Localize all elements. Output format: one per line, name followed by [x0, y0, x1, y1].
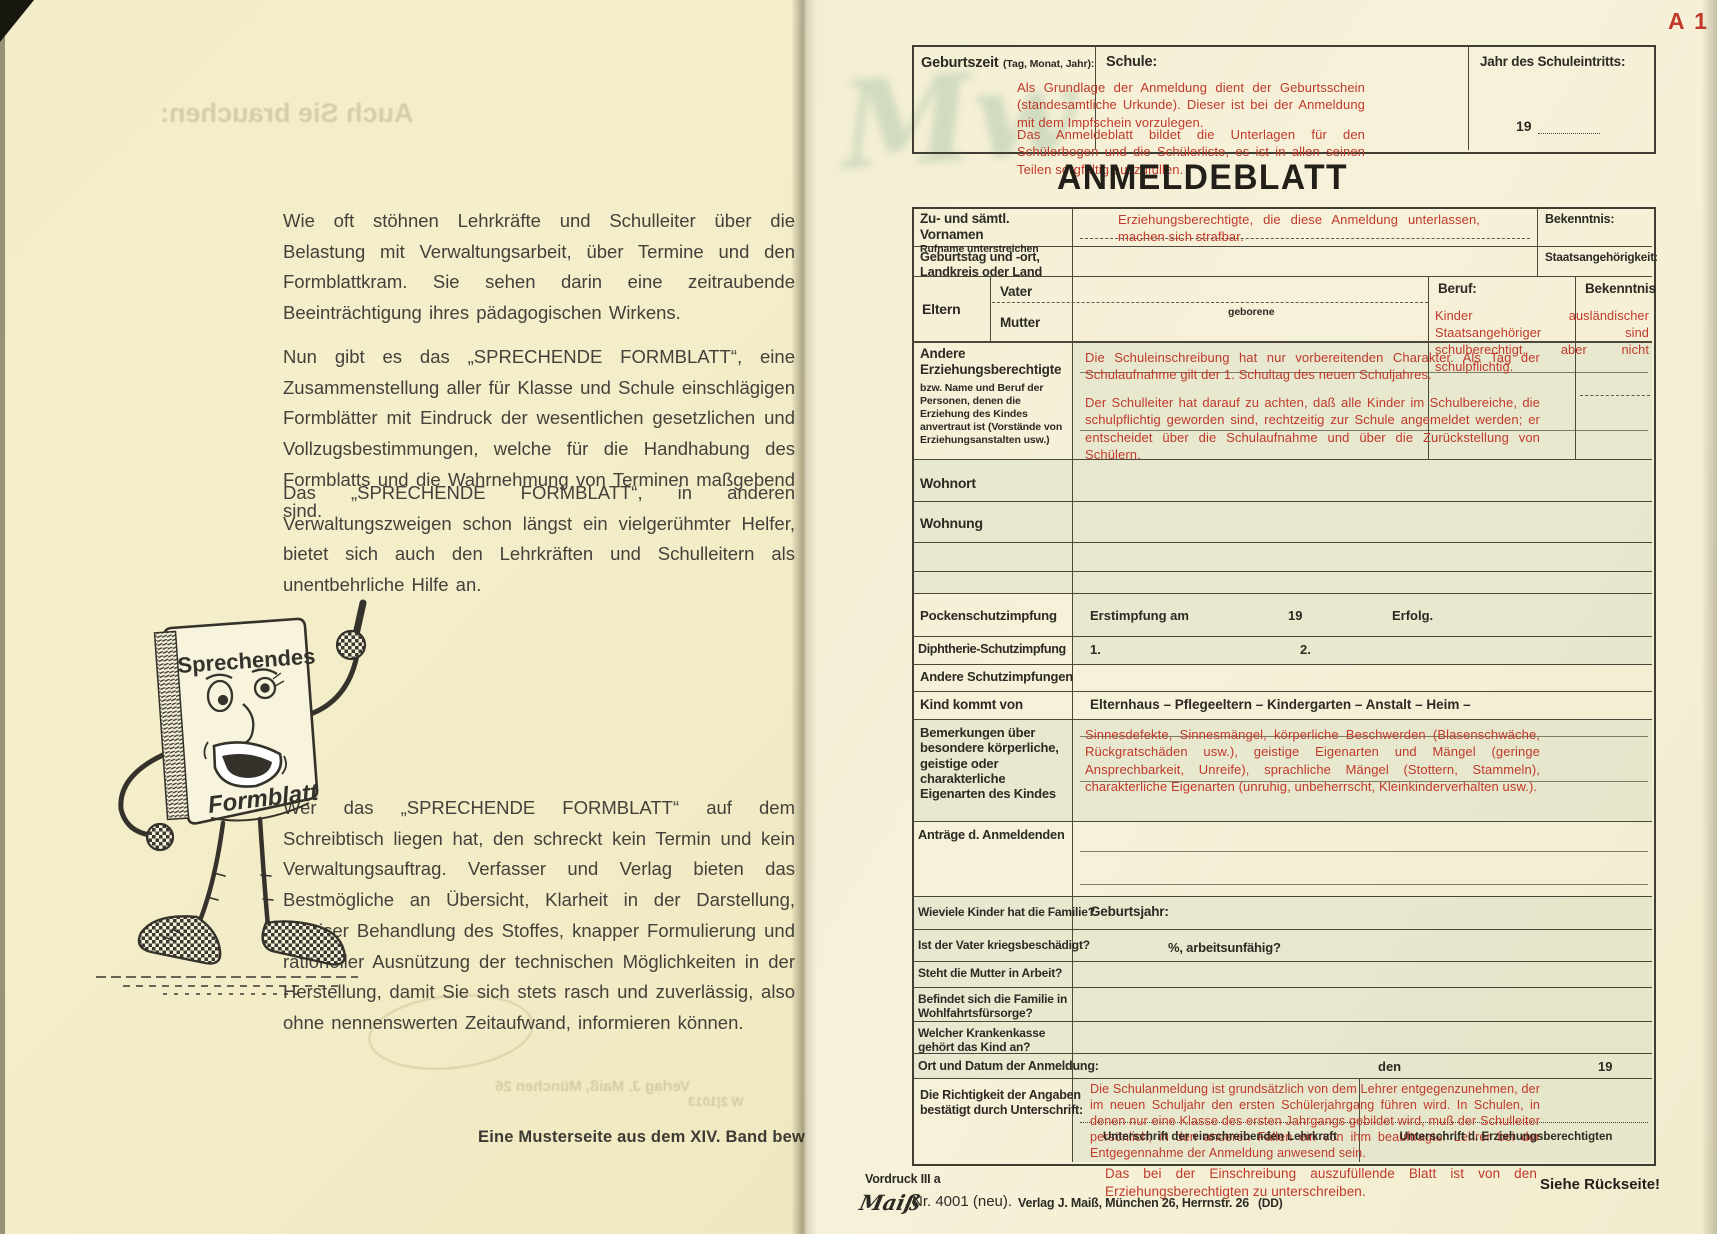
ort-datum-jahr: 19	[1598, 1059, 1612, 1074]
grid-line	[912, 636, 1652, 637]
red-note-schulanmeldung: Die Schulanmeldung ist grundsätzlich von…	[1090, 1081, 1540, 1162]
grid-line	[990, 276, 991, 341]
grid-line	[912, 501, 1652, 502]
diphtherie-text-2: 2.	[1300, 642, 1311, 657]
scan-corner-artifact	[0, 0, 34, 42]
writing-line	[1580, 395, 1650, 396]
see-back-note: Siehe Rückseite!	[1540, 1176, 1660, 1193]
geburtszeit-label-main: Geburtszeit	[921, 55, 999, 71]
staatsangehoerigkeit-label: Staatsangehörigkeit:	[1545, 251, 1658, 265]
geburtsjahr-label: Geburtsjahr:	[1090, 904, 1169, 920]
geburtszeit-label: Geburtszeit (Tag, Monat, Jahr):	[921, 54, 1094, 72]
writing-line	[1080, 851, 1648, 852]
field-andere-erziehungsberechtigte: Andere Erziehungsberechtigte bzw. Name u…	[920, 346, 1070, 447]
footer-red-note: Das bei der Einschreibung auszufüllende …	[1105, 1165, 1537, 1201]
grid-line	[912, 1078, 1652, 1079]
red-note-schuleinschreibung: Die Schuleinschreibung hat nur vorbereit…	[1085, 349, 1540, 384]
field-geburtstag: Geburtstag und -ort, Landkreis oder Land	[920, 249, 1070, 279]
mascot-shoes	[139, 916, 345, 964]
pocken-text-3: Erfolg.	[1392, 608, 1433, 623]
field-wohlfahrt: Befindet sich die Familie in Wohlfahrtsf…	[918, 992, 1073, 1020]
grid-line	[912, 896, 1652, 897]
schule-label: Schule:	[1106, 54, 1157, 71]
grid-line	[912, 929, 1652, 930]
dotted-fill-line	[1538, 133, 1600, 134]
schuleintritt-label: Jahr des Schuleintritts:	[1480, 54, 1640, 70]
vordruck-label: Vordruck III a	[865, 1172, 940, 1187]
field-krankenkasse: Welcher Krankenkasse gehört das Kind an?	[918, 1026, 1083, 1054]
grid-line	[912, 691, 1652, 692]
grid-line	[912, 542, 1652, 543]
bekenntnis-col-label: Bekenntnis	[1585, 281, 1656, 297]
field-kriegsbeschaedigt: Ist der Vater kriegsbeschädigt?	[918, 938, 1090, 952]
schuleintritt-year: 19	[1516, 118, 1532, 134]
grid-line	[1537, 207, 1538, 276]
grid-line	[912, 1021, 1652, 1022]
page-edge-shadow	[0, 0, 5, 1234]
grid-line	[912, 719, 1652, 720]
field-sublabel: bzw. Name und Beruf der Personen, denen …	[920, 382, 1070, 448]
field-wohnung: Wohnung	[920, 515, 983, 532]
field-mutter-arbeit: Steht die Mutter in Arbeit?	[918, 966, 1062, 980]
signature-label-guardian: Unterschrift d. Erziehungsberechtigten	[1370, 1131, 1642, 1143]
field-vater: Vater	[1000, 284, 1032, 300]
writing-line	[1080, 884, 1648, 885]
field-kind-kommt-von: Kind kommt von	[920, 697, 1023, 713]
field-mutter: Mutter	[1000, 315, 1040, 331]
mascot-form-character: Sprechendes Formblatt	[68, 583, 400, 1015]
beruf-label: Beruf:	[1438, 281, 1477, 297]
field-label: Andere Erziehungsberechtigte	[920, 346, 1070, 378]
field-diphtherie: Diphtherie-Schutzimpfung	[918, 642, 1066, 657]
kind-kommt-von-value: Elternhaus – Pflegeeltern – Kindergarten…	[1090, 697, 1471, 712]
grid-line	[1468, 45, 1469, 150]
grid-line	[912, 593, 1652, 594]
field-wohnort: Wohnort	[920, 475, 976, 492]
ort-datum-den: den	[1378, 1059, 1401, 1074]
field-eltern: Eltern	[922, 301, 960, 318]
mascot-legs	[199, 819, 273, 927]
grid-line	[912, 664, 1652, 665]
field-pockenschutzimpfung: Pockenschutzimpfung	[920, 608, 1057, 624]
grid-line	[912, 821, 1652, 822]
field-antraege: Anträge d. Anmeldenden	[918, 827, 1065, 842]
bekenntnis-label: Bekenntnis:	[1545, 212, 1614, 227]
writing-line	[992, 302, 1428, 303]
form-title: ANMELDEBLATT	[1057, 158, 1348, 198]
pocken-text-1: Erstimpfung am	[1090, 608, 1189, 623]
field-richtigkeit: Die Richtigkeit der Angaben bestätigt du…	[920, 1088, 1085, 1118]
kriegsbeschaedigt-value: %, arbeitsunfähig?	[1168, 940, 1281, 955]
header-red-note-1: Als Grundlage der Anmeldung dient der Ge…	[1017, 79, 1365, 131]
red-note-sinnesdefekte: Sinnesdefekte, Sinnesmängel, körperliche…	[1085, 726, 1540, 795]
pocken-text-2: 19	[1288, 608, 1302, 623]
red-note-strafbar: Erziehungsberechtigte, die diese Anmeldu…	[1118, 211, 1480, 246]
ghost-bleedthrough-code: W 2|1013	[688, 1094, 744, 1109]
page-gutter	[791, 0, 817, 1234]
paragraph-1: Wie oft stöhnen Lehrkräfte und Schulleit…	[283, 206, 795, 329]
form-number: Nr. 4001 (neu).	[912, 1193, 1012, 1210]
geburtszeit-label-sub: (Tag, Monat, Jahr):	[1003, 58, 1094, 70]
field-andere-schutzimpfungen: Andere Schutzimpfungen	[920, 669, 1073, 684]
ghost-bleedthrough-header: Auch Sie brauchen:	[160, 98, 414, 129]
ground-hatch	[96, 977, 358, 994]
field-label: Zu- und sämtl. Vornamen	[920, 211, 1070, 243]
grid-line	[912, 987, 1652, 988]
field-wieviele-kinder: Wieviele Kinder hat die Familie?	[918, 905, 1095, 919]
diphtherie-text-1: 1.	[1090, 642, 1101, 657]
field-ort-datum: Ort und Datum der Anmeldung:	[918, 1059, 1099, 1074]
scanned-spread: Auch Sie brauchen: Verlag J. Maiß, Münch…	[0, 0, 1717, 1234]
field-bemerkungen: Bemerkungen über besondere körperliche, …	[920, 725, 1070, 802]
ghost-bleedthrough-imprint: Verlag J. Maiß, München 26	[495, 1078, 690, 1095]
red-note-schulleiter: Der Schulleiter hat darauf zu achten, da…	[1085, 394, 1540, 463]
page-edge-shadow	[1701, 0, 1717, 1234]
grid-line	[912, 571, 1652, 572]
geborene-label: geborene	[1228, 306, 1274, 319]
signature-label-teacher: Unterschrift der einschreibenden Lehrkra…	[1090, 1131, 1350, 1143]
grid-line	[912, 961, 1652, 962]
